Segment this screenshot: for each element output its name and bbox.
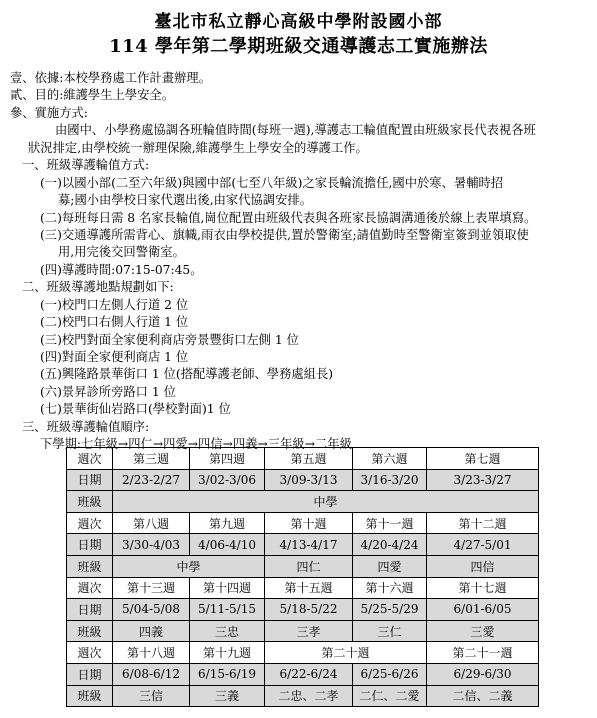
table-cell: 四愛	[353, 555, 427, 577]
table-row-class: 班級 四義 三忠 三孝 三仁 三愛	[67, 620, 539, 642]
body-line-section-1: 一、班級導護輪值方式:	[0, 157, 597, 174]
table-cell: 第十五週	[265, 577, 353, 599]
row-label: 日期	[67, 599, 113, 621]
body-line-method-heading: 參、實施方式:	[0, 105, 597, 122]
row-label: 日期	[67, 534, 113, 556]
body-line-location: (五)興隆路景華街口 1 位(搭配導護老師、學務處組長)	[0, 366, 597, 383]
body-line-duty-time: (四)導護時間:07:15-07:45。	[0, 262, 597, 279]
table-cell: 中學	[113, 491, 539, 513]
body-line-section-3: 三、班級導護輪值順序:	[0, 419, 597, 436]
table-cell: 第十一週	[353, 512, 427, 534]
table-row-date: 日期 5/04-5/08 5/11-5/15 5/18-5/22 5/25-5/…	[67, 599, 539, 621]
body-line-location: (三)校門對面全家便利商店旁景豐街口左側 1 位	[0, 332, 597, 349]
table-cell: 第十三週	[113, 577, 190, 599]
table-row-class: 班級 中學	[67, 491, 539, 513]
table-cell: 四仁	[265, 555, 353, 577]
table-cell: 4/27-5/01	[427, 534, 539, 556]
schedule-table: 週次 第三週 第四週 第五週 第六週 第七週 日期 2/23-2/27 3/02…	[66, 447, 539, 707]
table-cell: 5/04-5/08	[113, 599, 190, 621]
table-cell: 三義	[190, 685, 265, 707]
table-cell: 第十七週	[427, 577, 539, 599]
table-cell: 4/20-4/24	[353, 534, 427, 556]
page-subtitle: 114 學年第二學期班級交通導護志工實施辦法	[0, 35, 597, 58]
table-cell: 第二十一週	[427, 642, 539, 664]
body-line: (二)每班每日需 8 名家長輪值,崗位配置由班級代表與各班家長協調溝通後於線上表…	[0, 210, 597, 227]
table-cell: 6/08-6/12	[113, 663, 190, 685]
table-cell: 三忠	[190, 620, 265, 642]
table-cell: 第七週	[427, 448, 539, 470]
body-line-purpose: 貳、目的:維護學生上學安全。	[0, 87, 597, 104]
table-cell: 三信	[113, 685, 190, 707]
table-cell: 二仁、二愛	[353, 685, 427, 707]
table-cell: 第五週	[265, 448, 353, 470]
body-line-location: (四)對面全家便利商店 1 位	[0, 349, 597, 366]
table-cell: 第十八週	[113, 642, 190, 664]
table-cell: 5/25-5/29	[353, 599, 427, 621]
body-line: (三)交通導護所需背心、旗幟,雨衣由學校提供,置於警衛室;請值勤時至警衛室簽到並…	[0, 227, 597, 244]
body-line: 募;國小由學校日家代選出後,由家代協調安排。	[0, 192, 597, 209]
table-cell: 5/11-5/15	[190, 599, 265, 621]
table-row-class: 班級 三信 三義 二忠、二孝 二仁、二愛 二信、二義	[67, 685, 539, 707]
table-cell: 中學	[113, 555, 265, 577]
table-cell: 四義	[113, 620, 190, 642]
table-cell: 5/18-5/22	[265, 599, 353, 621]
body-line: 狀況排定,由學校統一辦理保險,維護學生上學安全的導護工作。	[0, 140, 597, 157]
table-cell: 3/30-4/03	[113, 534, 190, 556]
row-label: 班級	[67, 491, 113, 513]
table-cell: 2/23-2/27	[113, 469, 190, 491]
body-line-section-2: 二、班級導護地點規劃如下:	[0, 279, 597, 296]
table-cell: 第十四週	[190, 577, 265, 599]
row-label: 週次	[67, 512, 113, 534]
table-row-week: 週次 第十三週 第十四週 第十五週 第十六週 第十七週	[67, 577, 539, 599]
table-cell: 4/06-4/10	[190, 534, 265, 556]
table-row-date: 日期 3/30-4/03 4/06-4/10 4/13-4/17 4/20-4/…	[67, 534, 539, 556]
row-label: 日期	[67, 663, 113, 685]
table-row-date: 日期 6/08-6/12 6/15-6/19 6/22-6/24 6/25-6/…	[67, 663, 539, 685]
row-label: 班級	[67, 620, 113, 642]
row-label: 週次	[67, 448, 113, 470]
table-row-week: 週次 第三週 第四週 第五週 第六週 第七週	[67, 448, 539, 470]
row-label: 班級	[67, 685, 113, 707]
body-line-location: (六)景昇診所旁路口 1 位	[0, 384, 597, 401]
table-cell: 第九週	[190, 512, 265, 534]
table-cell: 三仁	[353, 620, 427, 642]
table-cell: 4/13-4/17	[265, 534, 353, 556]
document-header: 臺北市私立靜心高級中學附設國小部 114 學年第二學期班級交通導護志工實施辦法	[0, 0, 597, 58]
table-cell: 第二十週	[265, 642, 427, 664]
body-line-location: (一)校門口左側人行道 2 位	[0, 297, 597, 314]
table-cell: 3/09-3/13	[265, 469, 353, 491]
table-row-week: 週次 第八週 第九週 第十週 第十一週 第十二週	[67, 512, 539, 534]
table-cell: 三孝	[265, 620, 353, 642]
row-label: 班級	[67, 555, 113, 577]
table-cell: 二信、二義	[427, 685, 539, 707]
table-row-class: 班級 中學 四仁 四愛 四信	[67, 555, 539, 577]
table-cell: 6/01-6/05	[427, 599, 539, 621]
table-cell: 6/15-6/19	[190, 663, 265, 685]
page-title: 臺北市私立靜心高級中學附設國小部	[0, 11, 597, 33]
table-cell: 6/25-6/26	[353, 663, 427, 685]
table-row-week: 週次 第十八週 第十九週 第二十週 第二十一週	[67, 642, 539, 664]
row-label: 週次	[67, 642, 113, 664]
row-label: 週次	[67, 577, 113, 599]
table-cell: 四信	[427, 555, 539, 577]
table-cell: 第四週	[190, 448, 265, 470]
table-cell: 3/16-3/20	[353, 469, 427, 491]
row-label: 日期	[67, 469, 113, 491]
table-cell: 6/22-6/24	[265, 663, 353, 685]
table-cell: 二忠、二孝	[265, 685, 353, 707]
body-line-location: (二)校門口右側人行道 1 位	[0, 314, 597, 331]
body-line-location: (七)景華街仙岩路口(學校對面)1 位	[0, 401, 597, 418]
table-cell: 第十九週	[190, 642, 265, 664]
table-cell: 第六週	[353, 448, 427, 470]
table-cell: 3/23-3/27	[427, 469, 539, 491]
table-cell: 第十二週	[427, 512, 539, 534]
table-row-date: 日期 2/23-2/27 3/02-3/06 3/09-3/13 3/16-3/…	[67, 469, 539, 491]
table-cell: 第十週	[265, 512, 353, 534]
table-cell: 第三週	[113, 448, 190, 470]
body-line: (一)以國小部(二至六年級)與國中部(七至八年級)之家長輪流擔任,國中於寒、暑輔…	[0, 175, 597, 192]
table-cell: 6/29-6/30	[427, 663, 539, 685]
table-cell: 3/02-3/06	[190, 469, 265, 491]
document-page: 臺北市私立靜心高級中學附設國小部 114 學年第二學期班級交通導護志工實施辦法 …	[0, 0, 597, 718]
document-body: 壹、依據:本校學務處工作計畫辦理。 貳、目的:維護學生上學安全。 參、實施方式:…	[0, 70, 597, 454]
table-cell: 三愛	[427, 620, 539, 642]
table-cell: 第十六週	[353, 577, 427, 599]
body-line: 由國中、小學務處協調各班輪值時間(每班一週),導護志工輪值配置由班級家長代表視各…	[0, 122, 597, 139]
table-cell: 第八週	[113, 512, 190, 534]
body-line-basis: 壹、依據:本校學務處工作計畫辦理。	[0, 70, 597, 87]
body-line: 用,用完後交回警衛室。	[0, 244, 597, 261]
